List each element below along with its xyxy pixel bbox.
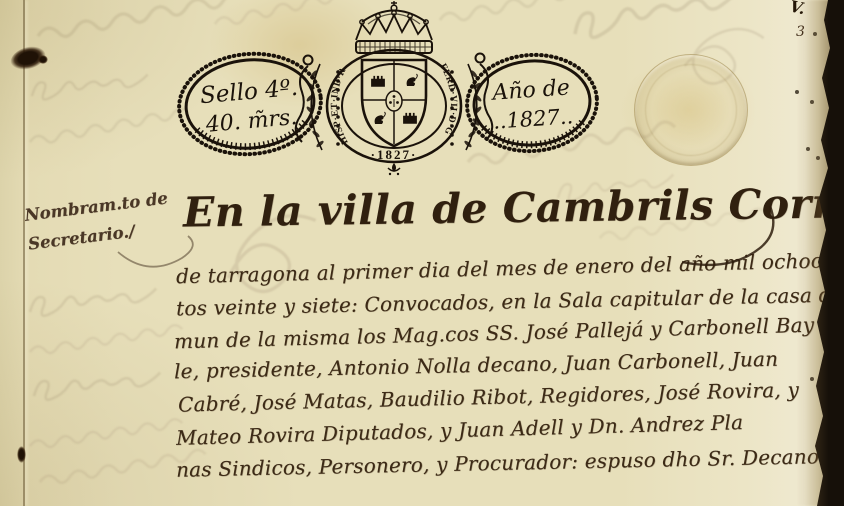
ink-drip bbox=[17, 446, 26, 463]
manuscript-page: Sello 4º. 40. m̃rs. Año de ..1827.. bbox=[0, 0, 844, 506]
ink-blot-small bbox=[38, 55, 48, 64]
pen-flourishes bbox=[0, 0, 844, 506]
